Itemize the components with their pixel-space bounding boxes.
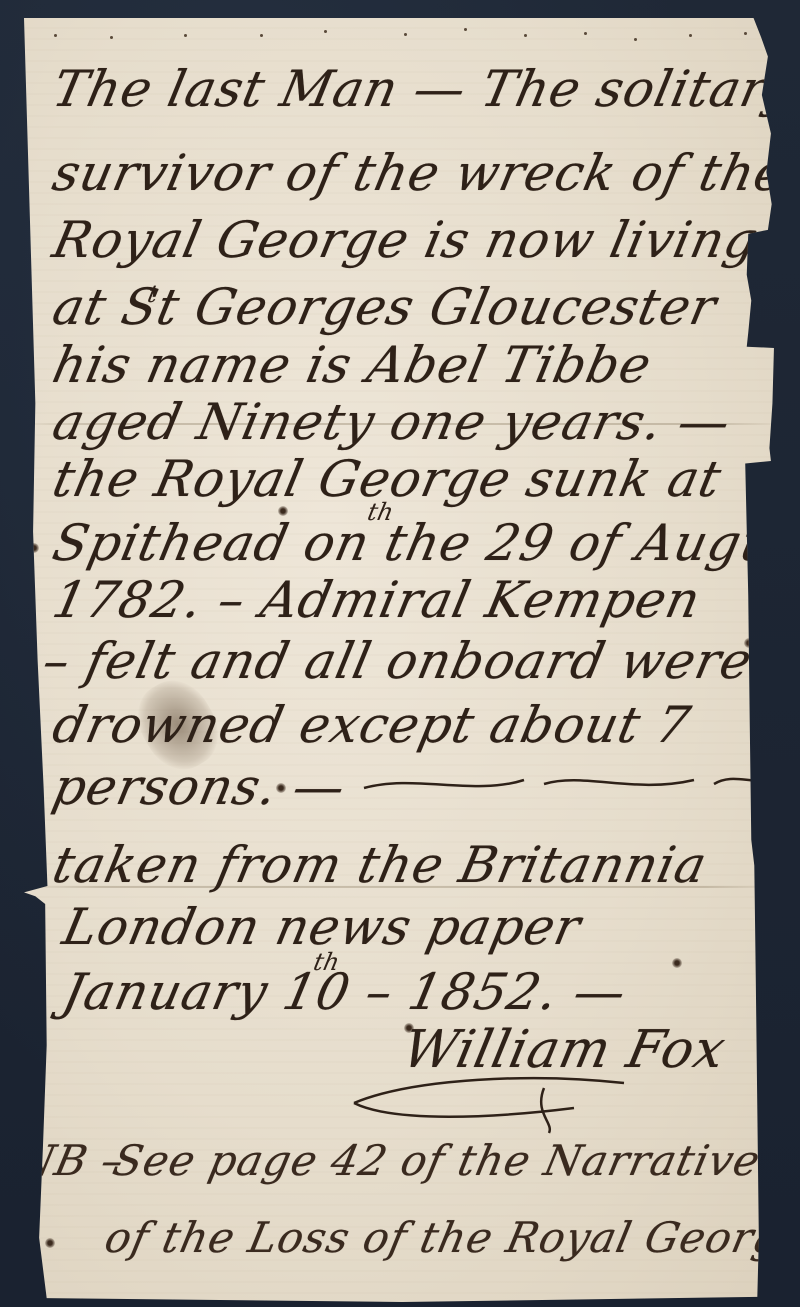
text-line-3: Royal George is now living: [48, 211, 764, 269]
manuscript-page: The last Man — The solitary survivor of …: [24, 18, 780, 1302]
pinhole: [110, 36, 113, 39]
pinhole: [524, 34, 527, 37]
pinhole: [584, 32, 587, 35]
pinhole: [744, 32, 747, 35]
ink-blot: [45, 1238, 55, 1248]
signature-flourish: [334, 1068, 634, 1138]
text-line-2: survivor of the wreck of the: [48, 144, 792, 202]
text-line-11: drowned except about 7: [48, 696, 696, 754]
pinhole: [634, 38, 637, 41]
pinhole: [324, 30, 327, 33]
text-line-10: – felt and all onboard were: [38, 632, 758, 690]
pinhole: [464, 28, 467, 31]
text-line-12: persons. —: [48, 758, 351, 816]
text-line-15: January 10 – 1852. —: [58, 963, 632, 1021]
note-line-1: See page 42 of the Narrative: [109, 1136, 765, 1185]
text-line-1: The last Man — The solitary: [48, 60, 800, 118]
pinhole: [404, 33, 407, 36]
ink-blot: [672, 958, 682, 968]
pinhole: [260, 34, 263, 37]
pinhole: [689, 34, 692, 37]
text-line-6: aged Ninety one years. —: [48, 393, 736, 451]
text-line-8: Spithead on the 29 of August: [48, 514, 800, 572]
text-line-13: taken from the Britannia: [48, 836, 713, 894]
text-line-9: 1782. – Admiral Kempen: [48, 571, 706, 629]
pinhole: [54, 34, 57, 37]
line-flourish: [354, 766, 774, 796]
note-line-2: of the Loss of the Royal George: [101, 1213, 800, 1262]
pinhole: [184, 34, 187, 37]
text-line-5: his name is Abel Tibbe: [48, 336, 657, 394]
